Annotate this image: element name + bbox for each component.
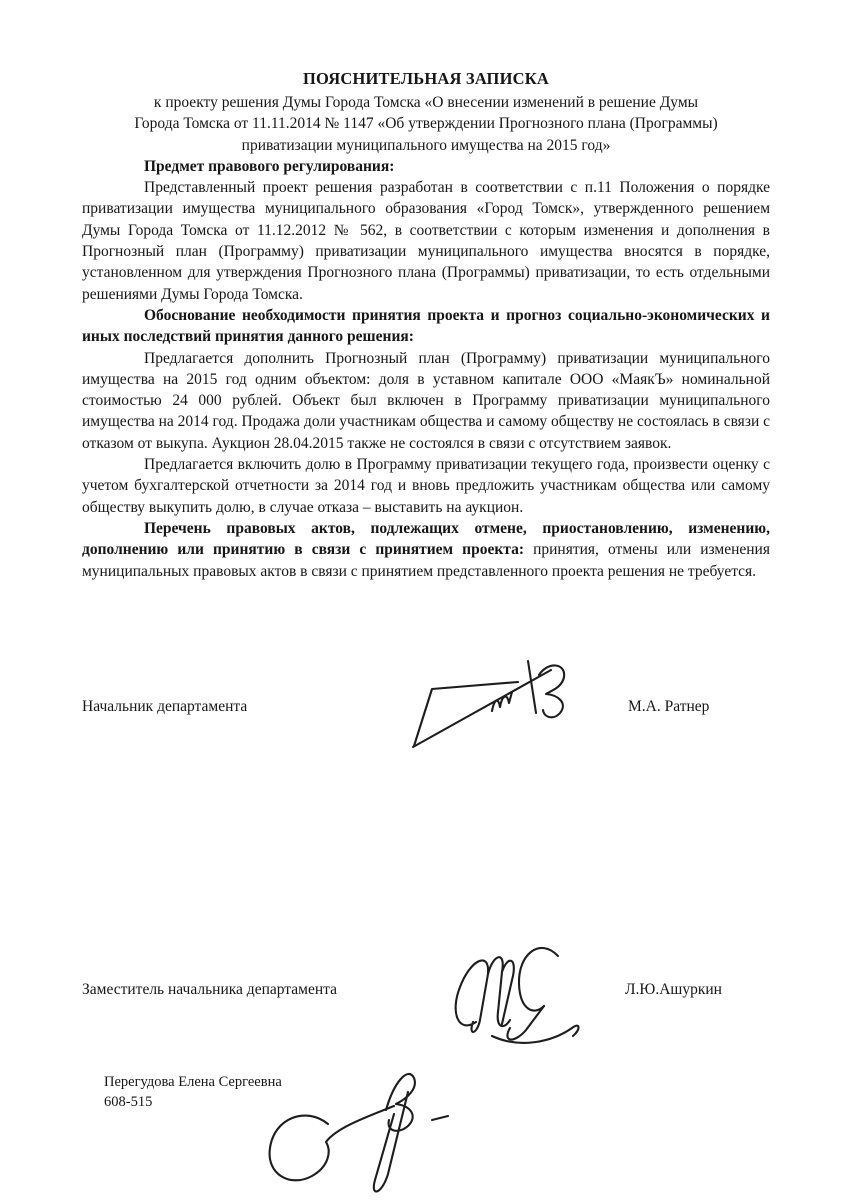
signer-role: Заместитель начальника департамента	[82, 981, 337, 999]
paragraph-justification-1: Предлагается дополнить Прогнозный план (…	[82, 348, 770, 454]
paragraph-legal-acts: Перечень правовых актов, подлежащих отме…	[82, 518, 770, 582]
subtitle-line: Города Томска от 11.11.2014 № 1147 «Об у…	[82, 113, 770, 134]
paragraph-legal-subject: Представленный проект решения разработан…	[82, 177, 770, 305]
signer-role: Начальник департамента	[82, 698, 247, 716]
signature-ratner-icon	[396, 655, 581, 755]
signer-name: Л.Ю.Ашуркин	[625, 981, 722, 999]
section-heading-legal-subject: Предмет правового регулирования:	[82, 156, 770, 177]
subtitle-line: к проекту решения Думы Города Томска «О …	[82, 92, 770, 113]
document-subtitle: к проекту решения Думы Города Томска «О …	[82, 92, 770, 156]
document-body: ПОЯСНИТЕЛЬНАЯ ЗАПИСКА к проекту решения …	[82, 68, 770, 582]
document-page: ПОЯСНИТЕЛЬНАЯ ЗАПИСКА к проекту решения …	[0, 0, 850, 1201]
subtitle-line: приватизации муниципального имущества на…	[82, 135, 770, 156]
signer-name: М.А. Ратнер	[628, 698, 709, 716]
signature-ashurkin-icon	[440, 932, 590, 1052]
signature-row-deputy: Заместитель начальника департамента Л.Ю.…	[82, 981, 770, 999]
document-title: ПОЯСНИТЕЛЬНАЯ ЗАПИСКА	[82, 68, 770, 90]
paragraph-justification-2: Предлагается включить долю в Программу п…	[82, 454, 770, 518]
section-heading-justification: Обоснование необходимости принятия проек…	[82, 305, 770, 348]
signature-executor-icon	[236, 1062, 456, 1200]
